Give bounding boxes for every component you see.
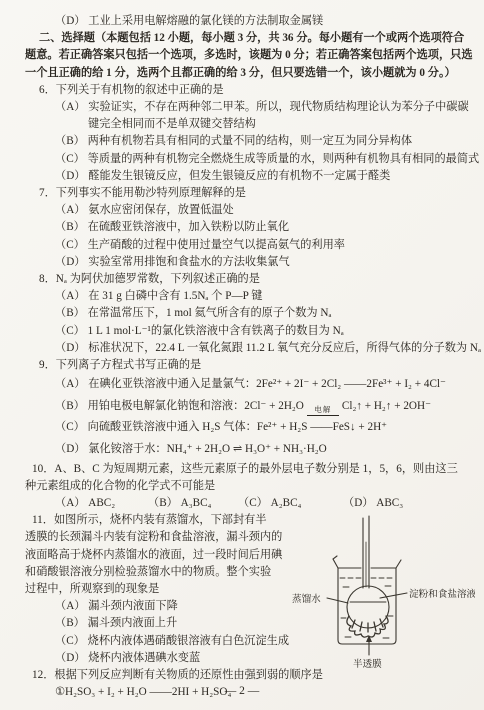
electrolysis-reaction-arrow: 电解 xyxy=(307,406,339,416)
figure-label-semipermeable-membrane: 半透膜 xyxy=(353,658,382,670)
question-8-option-b: （B） 在常温常压下，1 mol 氦气所含有的原子个数为 Nₐ xyxy=(25,305,463,322)
question-9-option-b-text-before: （B） 用铂电极电解氯化钠饱和溶液：2Cl⁻ + 2H₂O xyxy=(55,400,304,412)
prev-question-option-d: （D） 工业上采用电解熔融的氯化镁的方法制取金属镁 xyxy=(25,13,463,30)
question-8-option-d: （D） 标准状况下，22.4 L 一氧化氮跟 11.2 L 氧气充分反应后，所得… xyxy=(25,340,463,357)
question-9-option-c: （C） 向硫酸亚铁溶液中通入 H₂S 气体：Fe²⁺ + H₂S ——FeS↓ … xyxy=(25,417,463,439)
funnel-bulb-shape xyxy=(347,586,389,628)
question-9-option-b: （B） 用铂电极电解氯化钠饱和溶液：2Cl⁻ + 2H₂O电解Cl₂↑ + H₂… xyxy=(25,396,463,418)
electrolysis-arrow-line xyxy=(307,415,339,416)
question-6-stem: 6．下列关于有机物的叙述中正确的是 xyxy=(25,82,463,99)
page-number: — 2 — xyxy=(0,685,484,697)
question-7-option-a: （A） 氨水应密闭保存，放置低温处 xyxy=(25,202,463,219)
question-7-option-c: （C） 生产硝酸的过程中使用过量空气以提高氨气的利用率 xyxy=(25,237,463,254)
membrane-shape xyxy=(347,616,388,637)
question-6-option-a-line-2: 键完全相同而不是单双键交替结构 xyxy=(25,116,463,133)
scanned-exam-page: （D） 工业上采用电解熔融的氯化镁的方法制取金属镁 二、选择题（本题包括 12 … xyxy=(0,0,484,710)
question-10-option-a: （A） ABC₂ xyxy=(55,495,148,512)
question-11-block: 11．如图所示，烧杯内装有蒸馏水，下部封有半 透膜的长颈漏斗内装有淀粉和食盐溶液… xyxy=(25,512,463,667)
osmosis-experiment-figure: 蒸馏水 淀粉和食盐溶液 半透膜 xyxy=(287,498,475,672)
question-9-option-d: （D） 氯化铵溶于水：NH₄⁺ + 2H₂O ⇌ H₃O⁺ + NH₃·H₂O xyxy=(25,439,463,461)
question-8-option-a: （A） 在 31 g 白磷中含有 1.5Nₐ 个 P—P 键 xyxy=(25,288,463,305)
electrolysis-arrow-label: 电解 xyxy=(307,406,339,414)
question-9-option-a: （A） 在碘化亚铁溶液中通入足量氯气：2Fe²⁺ + 2I⁻ + 2Cl₂ ——… xyxy=(25,374,463,396)
figure-label-distilled-water: 蒸馏水 xyxy=(292,593,321,605)
figure-label-starch-salt-solution: 淀粉和食盐溶液 xyxy=(409,588,475,600)
question-9-option-b-text-after: Cl₂↑ + H₂↑ + 2OH⁻ xyxy=(342,400,431,412)
question-6-option-d: （D） 醛能发生银镜反应，但发生银镜反应的有机物不一定属于醛类 xyxy=(25,168,463,185)
beaker-shape xyxy=(333,556,401,644)
beaker-funnel-diagram-icon: 蒸馏水 淀粉和食盐溶液 半透膜 xyxy=(287,498,475,672)
question-8-stem: 8．Nₐ 为阿伏加德罗常数，下列叙述正确的是 xyxy=(25,271,463,288)
question-8-option-c: （C） 1 L 1 mol·L⁻¹的氯化铁溶液中含有铁离子的数目为 Nₐ xyxy=(25,323,463,340)
question-7-option-d: （D） 实验室常用排饱和食盐水的方法收集氯气 xyxy=(25,254,463,271)
section-header-line-3: 一个且正确的给 1 分，选两个且都正确的给 3 分，但只要选错一个，该小题就为 … xyxy=(25,65,463,82)
section-header-line-1: 二、选择题（本题包括 12 小题，每小题 3 分，共 36 分。每小题有一个或两… xyxy=(25,30,463,47)
page-content: （D） 工业上采用电解熔融的氯化镁的方法制取金属镁 二、选择题（本题包括 12 … xyxy=(25,13,463,701)
question-6-option-a-line-1: （A） 实验证实，不存在两种邻二甲苯。所以，现代物质结构理论认为苯分子中碳碳 xyxy=(25,99,463,116)
question-7-stem: 7．下列事实不能用勒沙特列原理解释的是 xyxy=(25,185,463,202)
water-level-marks xyxy=(340,578,394,638)
question-6-option-b: （B） 两种有机物若具有相同的式量不同的结构，则一定互为同分异构体 xyxy=(25,133,463,150)
question-7-option-b: （B） 在硫酸亚铁溶液中，加入铁粉以防止氧化 xyxy=(25,219,463,236)
question-10-stem-line-2: 种元素组成的化合物的化学式不可能是 xyxy=(25,478,463,495)
question-10-stem-line-1: 10．A、B、C 为短周期元素，这些元素原子的最外层电子数分别是 1，5，6，则… xyxy=(25,461,463,478)
question-10-option-b: （B） A₃BC₄ xyxy=(148,495,238,512)
membrane-pointer-arrow-icon xyxy=(366,635,372,655)
question-9-stem: 9．下列离子方程式书写正确的是 xyxy=(25,357,463,374)
section-header-line-2: 题意。若正确答案只包括一个选项，多选时，该题为 0 分；若正确答案包括两个选项，… xyxy=(25,47,463,64)
funnel-stem-shape xyxy=(363,516,369,588)
question-6-option-c: （C） 等质量的两种有机物完全燃烧生成等质量的水，则两种有机物具有相同的最简式 xyxy=(25,151,463,168)
